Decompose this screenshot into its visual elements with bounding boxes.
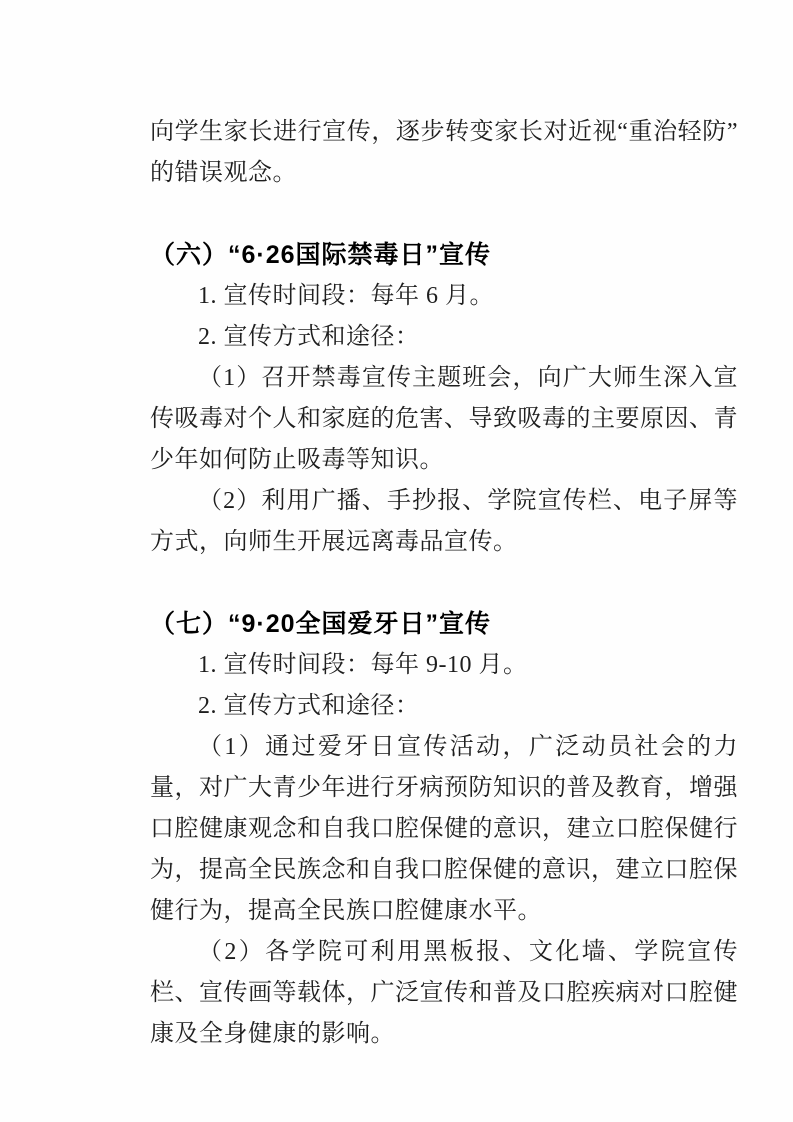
paragraph-loveteeth-schedule: 1. 宣传时间段：每年 9-10 月。 xyxy=(150,645,738,686)
paragraph-loveteeth-method-2: （2）各学院可利用黑板报、文化墙、学院宣传栏、宣传画等载体，广泛宣传和普及口腔疾… xyxy=(150,932,738,1055)
paragraph-loveteeth-methods-label: 2. 宣传方式和途径： xyxy=(150,686,738,727)
paragraph-loveteeth-method-1: （1）通过爱牙日宣传活动，广泛动员社会的力量，对广大青少年进行牙病预防知识的普及… xyxy=(150,727,738,932)
document-page: 向学生家长进行宣传，逐步转变家长对近视“重治轻防”的错误观念。 （六）“6·26… xyxy=(0,0,793,1122)
heading-international-anti-drug-day: （六）“6·26国际禁毒日”宣传 xyxy=(150,235,738,276)
paragraph-antidrug-schedule: 1. 宣传时间段：每年 6 月。 xyxy=(150,276,738,317)
paragraph-antidrug-method-2: （2）利用广播、手抄报、学院宣传栏、电子屏等方式，向师生开展远离毒品宣传。 xyxy=(150,481,738,563)
document-content: 向学生家长进行宣传，逐步转变家长对近视“重治轻防”的错误观念。 （六）“6·26… xyxy=(150,112,738,1055)
paragraph-antidrug-methods-label: 2. 宣传方式和途径： xyxy=(150,317,738,358)
paragraph-antidrug-method-1: （1）召开禁毒宣传主题班会，向广大师生深入宣传吸毒对个人和家庭的危害、导致吸毒的… xyxy=(150,358,738,481)
paragraph-parents-awareness: 向学生家长进行宣传，逐步转变家长对近视“重治轻防”的错误观念。 xyxy=(150,112,738,194)
heading-national-love-teeth-day: （七）“9·20全国爱牙日”宣传 xyxy=(150,604,738,645)
